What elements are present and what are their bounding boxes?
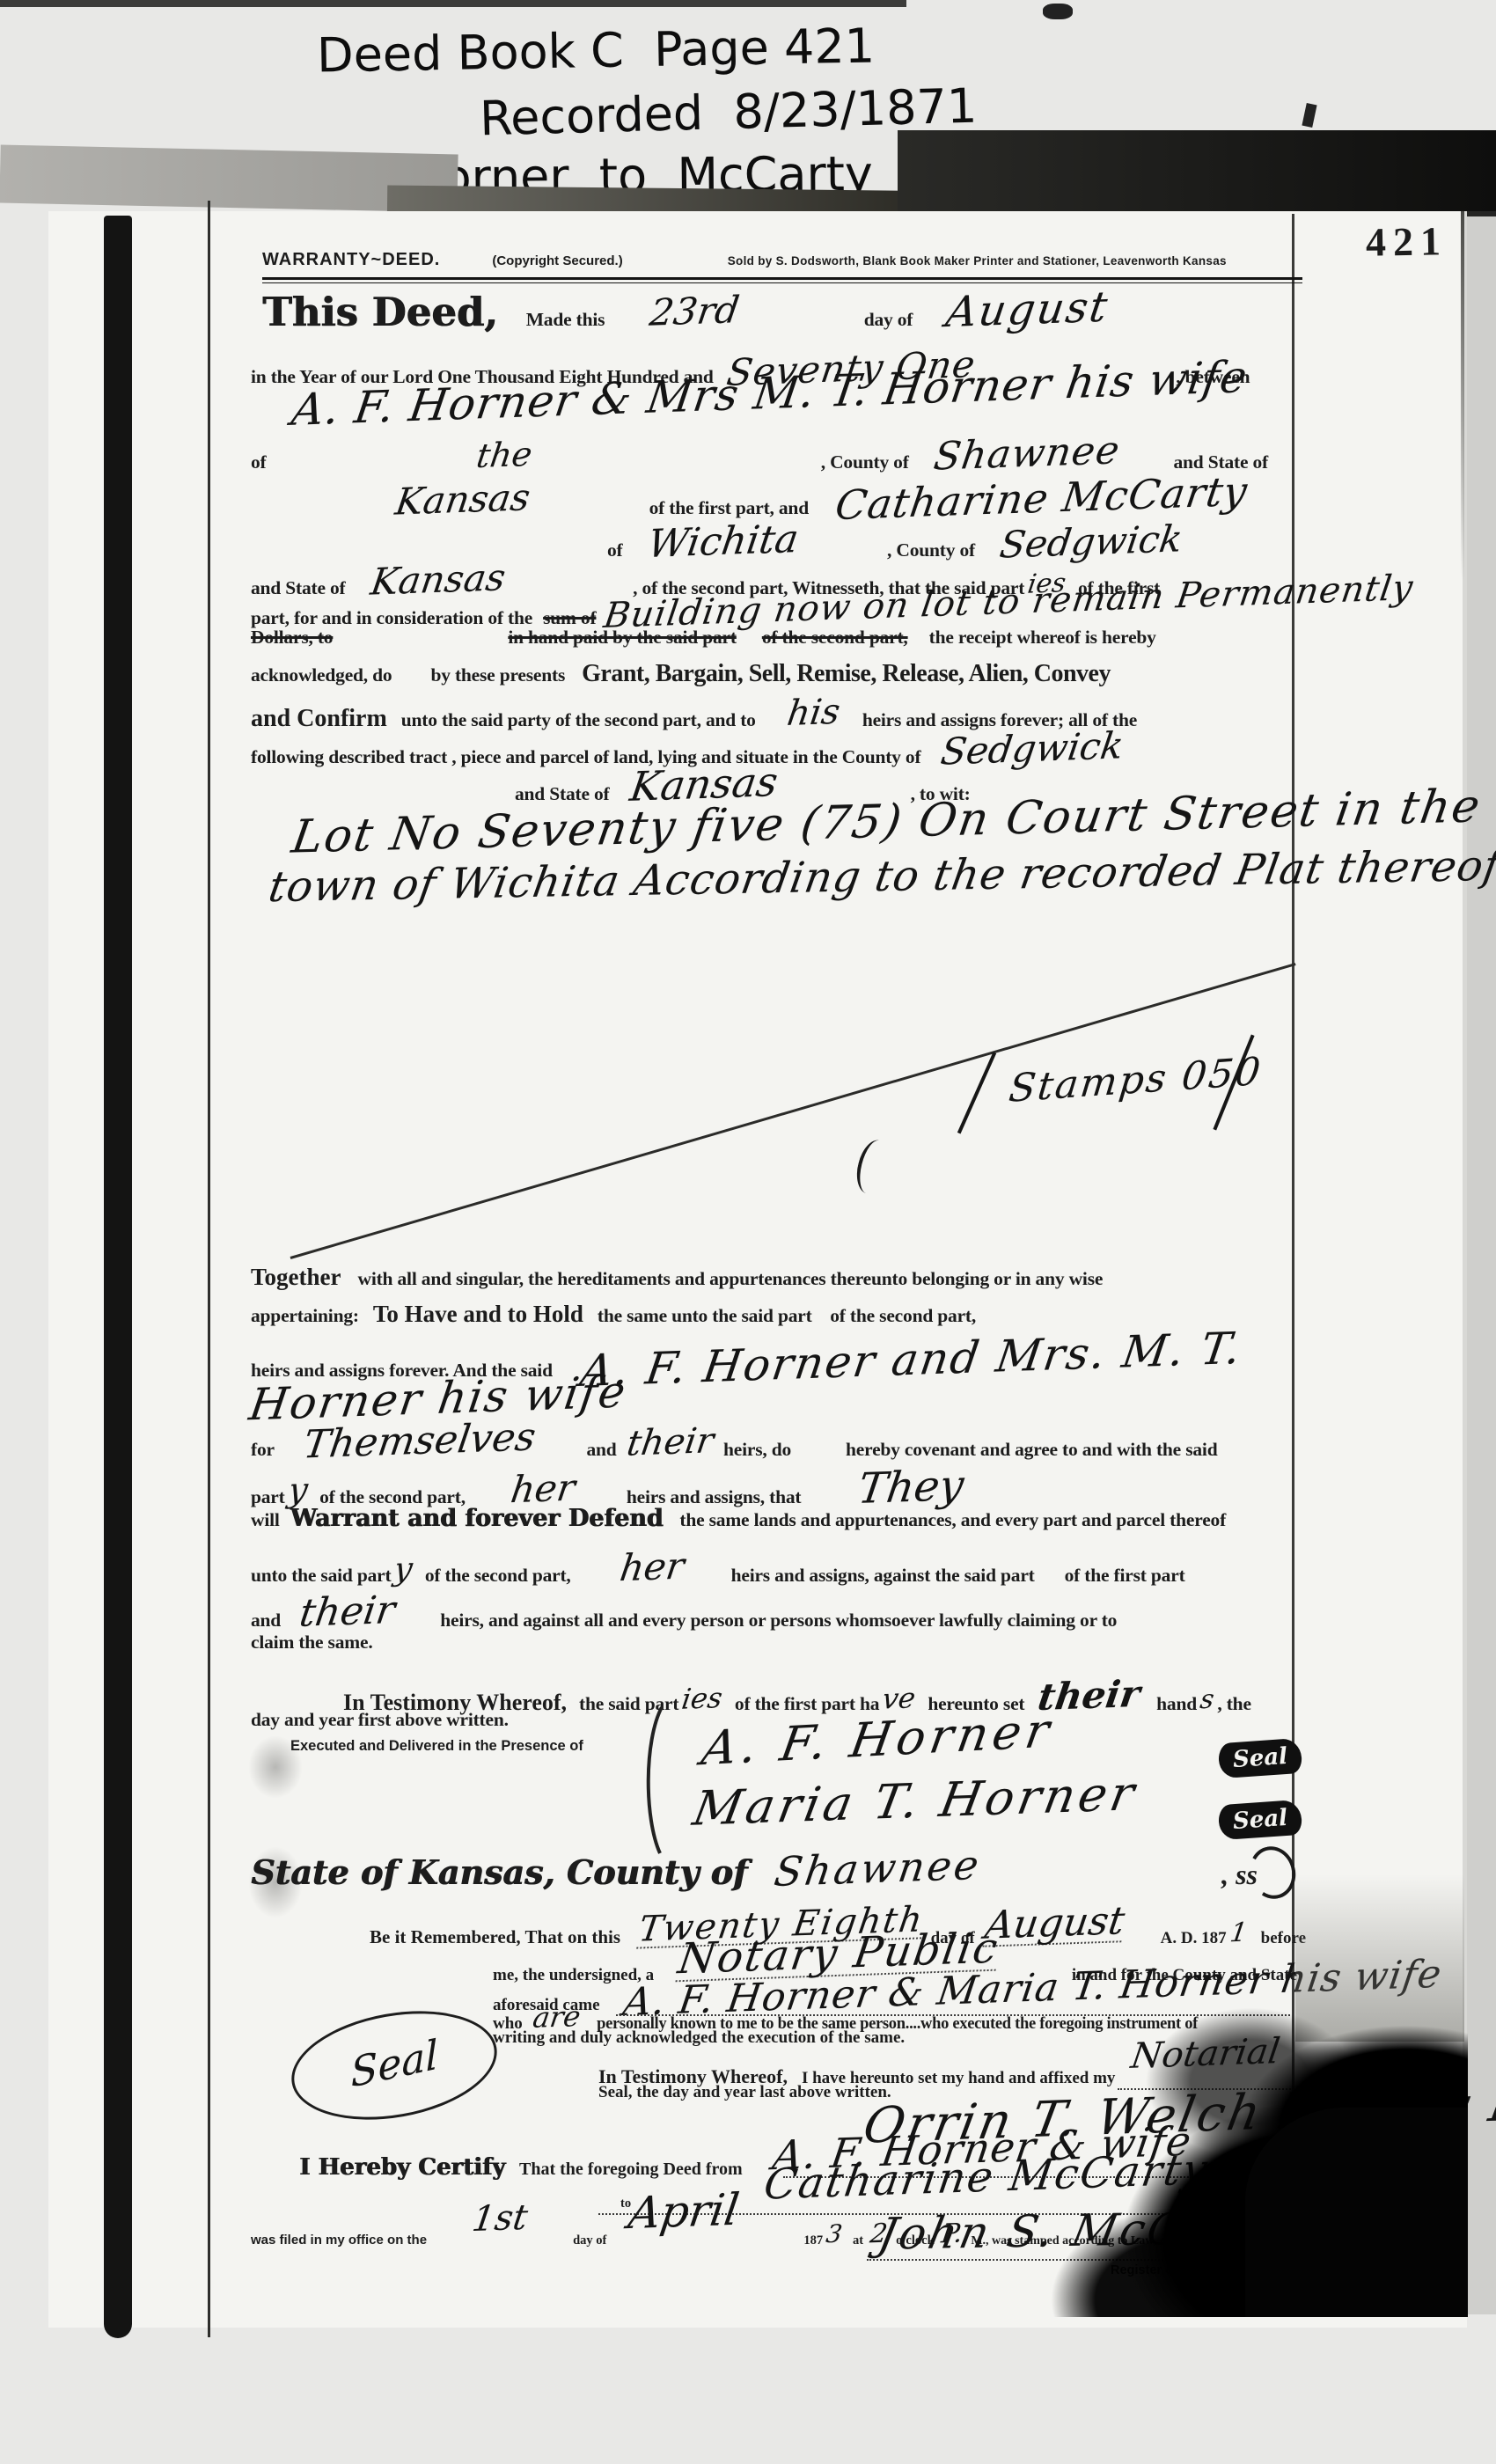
- of-label-2: of: [607, 539, 623, 561]
- against-line: unto the said part y of the second part,…: [251, 1551, 1185, 1588]
- same-lands-label: the same lands and appurtenances, and ev…: [679, 1509, 1226, 1530]
- state-county-label: State of Kansas, County of: [251, 1852, 747, 1892]
- claiming-label: heirs, and against all and every person …: [440, 1610, 1117, 1631]
- appertaining-label: appertaining:: [251, 1305, 359, 1326]
- annotation-line-1: Deed Book C Page 421: [316, 18, 875, 83]
- hereby-certify-label: I Hereby Certify: [299, 2154, 505, 2181]
- together-line: Together with all and singular, the here…: [251, 1265, 1103, 1289]
- page-number: 421: [1366, 221, 1448, 263]
- grant-line: acknowledged, do by these presents Grant…: [251, 662, 1111, 686]
- residence-line-1: of the , County of Shawnee and State of: [251, 436, 1268, 475]
- first-ha-label: of the first part ha: [735, 1693, 879, 1714]
- seal-oval-handwritten: Seal: [349, 2030, 438, 2097]
- filed-year-handwritten: 3: [825, 2222, 844, 2248]
- to-have-label: To Have and to Hold: [373, 1301, 583, 1327]
- her-handwritten-2: her: [617, 1548, 686, 1587]
- county-handwritten-4: Shawnee: [772, 1844, 984, 1892]
- will-label: will: [251, 1509, 280, 1530]
- consideration-line: part, for and in consideration of the su…: [251, 595, 1412, 630]
- stamps-line: Stamps 050: [1010, 1063, 1261, 1102]
- seal-stamp-1: Seal: [1219, 1741, 1302, 1776]
- claim-same-label: claim the same.: [251, 1632, 373, 1653]
- heirs-do-label: heirs, do: [723, 1439, 791, 1460]
- claiming-line: and their heirs, and against all and eve…: [251, 1595, 1117, 1633]
- residence-line-3: of Wichita , County of Sedgwick: [607, 524, 1182, 563]
- margin-smudge-1: [248, 1735, 303, 1799]
- seal-stamp-label-1: Seal: [1218, 1738, 1303, 1778]
- of-label-1: of: [251, 451, 267, 473]
- executed-line: Executed and Delivered in the Presence o…: [290, 1739, 583, 1754]
- spine-bar: [104, 216, 132, 2338]
- y-handwritten-2: y: [392, 1554, 415, 1587]
- their-handwritten-2: their: [297, 1591, 398, 1633]
- city-handwritten: Wichita: [645, 520, 801, 564]
- her-handwritten-1: her: [509, 1470, 577, 1508]
- his-handwritten: his: [785, 694, 842, 731]
- page-right-edge-line: [1461, 211, 1464, 581]
- ve-handwritten: ve: [881, 1683, 918, 1712]
- county-handwritten-2: Sedgwick: [997, 520, 1184, 563]
- state-handwritten-1: Kansas: [393, 479, 532, 520]
- first-part-label: of the first part, and: [649, 497, 809, 518]
- form-copyright: (Copyright Secured.): [492, 253, 622, 268]
- and-confirm-label: and Confirm: [251, 705, 387, 732]
- seal-stamp-2: Seal: [1219, 1802, 1302, 1837]
- grantors-line: A. F. Horner & Mrs M. T. Horner his wife: [295, 373, 1244, 417]
- scan-top-strip: [0, 0, 906, 7]
- made-this-label: Made this: [526, 309, 605, 330]
- following-label: following described tract , piece and pa…: [251, 746, 920, 767]
- thumb-shadow-core: [1245, 2108, 1468, 2317]
- filed-label: was filed in my office on the: [251, 2233, 427, 2248]
- county-of-label-1: , County of: [821, 451, 909, 473]
- foregoing-label: That the foregoing Deed from: [519, 2160, 743, 2179]
- month-handwritten: August: [943, 286, 1111, 334]
- of-handwritten-1: the: [474, 437, 534, 473]
- form-header-row: WARRANTY~DEED. (Copyright Secured.) Sold…: [262, 251, 1227, 268]
- second-part-struck: of the second part,: [762, 627, 908, 648]
- grantee-handwritten: Catharine McCarty: [832, 471, 1250, 525]
- themselves-handwritten: Themselves: [301, 1418, 538, 1464]
- grantor-signature-2: Maria T. Horner: [690, 1770, 1141, 1832]
- scanned-deed-page: Deed Book C Page 421 Recorded 8/23/1871 …: [0, 0, 1496, 2464]
- writing-label: writing and duly acknowledged the execut…: [493, 2028, 905, 2047]
- and-label-2: and: [251, 1610, 281, 1631]
- header-rule-1: [262, 277, 1302, 280]
- comma-the-label: , the: [1217, 1693, 1250, 1714]
- day-year-line: day and year first above written.: [251, 1711, 509, 1730]
- they-handwritten: They: [856, 1464, 967, 1510]
- signature-row-2: Maria T. Horner: [695, 1779, 1135, 1827]
- executed-label: Executed and Delivered in the Presence o…: [290, 1738, 583, 1754]
- fold-line: [208, 201, 210, 2337]
- county-handwritten-1: Shawnee: [931, 431, 1122, 476]
- covenant-label: hereby covenant and agree to and with th…: [846, 1439, 1217, 1460]
- receipt-label: the receipt whereof is hereby: [929, 627, 1156, 648]
- seal-day-line: Seal, the day and year last above writte…: [598, 2084, 891, 2101]
- together-label: Together: [251, 1264, 341, 1290]
- seal-stamp-label-2: Seal: [1218, 1800, 1303, 1840]
- unto-said-label: unto the said party of the second part, …: [401, 709, 756, 730]
- are-handwritten: are: [531, 2002, 582, 2032]
- ies-handwritten-2: ies: [680, 1683, 724, 1713]
- form-title: WARRANTY~DEED.: [262, 250, 440, 269]
- y-handwritten-1: y: [286, 1473, 310, 1507]
- filed-year-label: 187: [803, 2233, 823, 2248]
- unto-part-label: unto the said part: [251, 1565, 391, 1586]
- covenant-line: for Themselves and their heirs, do hereb…: [251, 1424, 1217, 1463]
- scan-top-blob: [1043, 4, 1073, 19]
- filed-day-handwritten: 1st: [470, 2200, 530, 2237]
- this-deed-label: This Deed,: [262, 289, 498, 335]
- writing-line: writing and duly acknowledged the execut…: [493, 2029, 905, 2046]
- for-label: for: [251, 1439, 275, 1460]
- part-label: part: [251, 1486, 285, 1507]
- claim-same-line: claim the same.: [251, 1633, 373, 1653]
- description-line-2: town of Wichita According to the recorde…: [271, 857, 1496, 899]
- brace-mark: [639, 1705, 669, 1855]
- deed-opening-line: This Deed, Made this 23rd day of August: [262, 290, 1108, 333]
- their-handwritten-1: their: [624, 1423, 715, 1461]
- grant-bold-label: Grant, Bargain, Sell, Remise, Release, A…: [582, 660, 1111, 687]
- her-heirs-line: part y of the second part, her heirs and…: [251, 1468, 964, 1510]
- state-county-line: State of Kansas, County of Shawnee , ss: [251, 1850, 1258, 1890]
- dollars-struck: Dollars, to: [251, 627, 333, 648]
- form-publisher: Sold by S. Dodsworth, Blank Book Maker P…: [728, 254, 1227, 268]
- s-handwritten: s: [1199, 1687, 1216, 1714]
- against-label: heirs and assigns, against the said part: [731, 1565, 1035, 1586]
- warrant-bold-label: Warrant and forever Defend: [290, 1505, 664, 1532]
- county-of-label-2: , County of: [887, 539, 975, 561]
- of-first-part-label: of the first part: [1065, 1565, 1185, 1586]
- county-handwritten-3: Sedgwick: [939, 727, 1126, 770]
- by-these-label: by these presents: [430, 664, 565, 686]
- signature-row-1: A. F. Horner: [704, 1718, 1052, 1765]
- day-handwritten: 23rd: [648, 291, 742, 331]
- sum-of-struck: sum of: [543, 607, 596, 628]
- hand-label: hand: [1156, 1693, 1197, 1714]
- day-year-label: day and year first above written.: [251, 1709, 509, 1730]
- seal-day-label: Seal, the day and year last above writte…: [598, 2083, 891, 2101]
- at-label: at: [853, 2233, 863, 2248]
- together-rest-label: with all and singular, the hereditaments…: [358, 1268, 1104, 1289]
- part-for-label: part, for and in consideration of the: [251, 607, 532, 628]
- residence-line-2: Kansas of the first part, and Catharine …: [396, 480, 1246, 520]
- grantor3-line: Horner his wife: [251, 1378, 626, 1422]
- warrant-line: will Warrant and forever Defend the same…: [251, 1507, 1226, 1530]
- to-have-rest-label: the same unto the said part of the secon…: [598, 1305, 976, 1326]
- confirm-line: and Confirm unto the said party of the s…: [251, 697, 1137, 732]
- day-of-label: day of: [864, 309, 913, 330]
- header-rule-2: [262, 282, 1302, 283]
- filed-month-handwritten: April: [627, 2188, 743, 2235]
- day-of-label-3: day of: [573, 2233, 606, 2248]
- scan-edge-mark: [1302, 103, 1316, 128]
- ack-month-handwritten: August: [982, 1902, 1126, 1947]
- in-hand-struck: in hand paid by the said part: [508, 627, 736, 648]
- to-have-line: appertaining: To Have and to Hold the sa…: [251, 1302, 976, 1326]
- and-label-1: and: [586, 1439, 616, 1460]
- receipt-line: Dollars, to in hand paid by the said par…: [251, 628, 1156, 648]
- of-second-label-2: of the second part,: [425, 1565, 571, 1586]
- ad-year-handwritten: 1: [1228, 1920, 1248, 1947]
- description-line-1: Lot No Seventy five (75) On Court Street…: [295, 801, 1478, 847]
- scan-band-right: [898, 130, 1496, 216]
- acknowledged-label: acknowledged, do: [251, 664, 392, 686]
